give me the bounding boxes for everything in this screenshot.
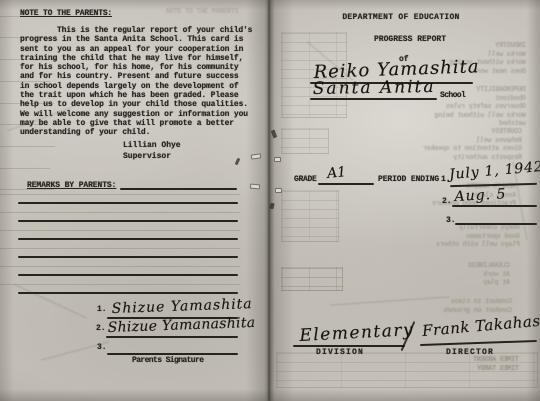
- signature-line: [107, 353, 238, 355]
- ghost-grid: [281, 190, 339, 242]
- remarks-line: [18, 274, 238, 276]
- supervisor-name: Lillian Ohye: [123, 141, 181, 150]
- staple: [275, 188, 282, 193]
- staple: [250, 183, 260, 189]
- staple: [274, 157, 281, 162]
- margin-ghost-line: [0, 168, 50, 169]
- ghost-grid: [281, 267, 343, 291]
- supervisor-title: Supervisor: [123, 152, 171, 161]
- director-label: DIRECTOR: [446, 348, 494, 357]
- school-label: School: [440, 91, 465, 100]
- grade-label: GRADE: [294, 175, 317, 184]
- division-label: DIVISION: [316, 348, 364, 357]
- remarks-ghost-line: [0, 266, 240, 267]
- ghost-text-courtesy: COURTESY Behaves well Gives attention to…: [418, 128, 522, 162]
- period-line-2: [452, 205, 537, 207]
- crease-tick: [235, 158, 241, 166]
- division-line: [293, 345, 405, 347]
- remarks-ghost-line: [0, 248, 240, 249]
- ghost-text-conduct2: Conduct in class Conduct on grounds: [420, 298, 512, 315]
- margin-ghost-line: [0, 146, 55, 147]
- report-card-scan: NOTE TO THE PARENTS: NOTE TO THE PARENTS…: [0, 0, 540, 401]
- ghost-text-cleanliness: CLEANLINESS At work At play: [430, 262, 510, 288]
- remarks-ghost-line: [0, 230, 240, 231]
- remarks-line: [18, 220, 238, 222]
- center-fold-crease: [268, 0, 270, 401]
- remarks-line: [18, 292, 238, 294]
- signature-row-number: 1.: [97, 305, 107, 314]
- remarks-line: [18, 202, 238, 204]
- signature-row-number: 2.: [96, 324, 106, 333]
- grade-line: [318, 183, 374, 185]
- note-body: This is the regular report of your child…: [20, 26, 253, 138]
- remarks-heading-line: [120, 188, 237, 190]
- period-number-2: 2.: [442, 197, 452, 206]
- ghost-grid: [281, 128, 329, 154]
- period-value-2-handwriting: Aug. 5: [454, 186, 507, 205]
- remarks-line: [18, 256, 238, 258]
- remarks-ghost-line: [0, 212, 240, 213]
- department-heading: DEPARTMENT OF EDUCATION: [340, 13, 462, 22]
- remarks-heading: REMARKS BY PARENTS:: [27, 181, 116, 190]
- remarks-ghost-line: [0, 194, 240, 195]
- school-line: [310, 98, 437, 100]
- note-heading: NOTE TO THE PARENTS:: [20, 9, 112, 18]
- remarks-ghost-line: [0, 284, 240, 285]
- ghost-text-attendance: TIMES ABSENT TIMES TARDY: [455, 356, 519, 373]
- grade-value-handwriting: A1: [326, 164, 347, 182]
- remarks-line: [18, 238, 238, 240]
- signature-line: [106, 336, 238, 338]
- note-heading-echo: NOTE TO THE PARENTS: [166, 8, 258, 17]
- report-title: PROGRESS REPORT: [374, 35, 446, 44]
- period-ending-label: PERIOD ENDING: [378, 175, 439, 184]
- parent-signature-1: Shizue Yamashita: [111, 296, 252, 317]
- signature-caption: Parents Signature: [132, 356, 203, 365]
- left-page: NOTE TO THE PARENTS: NOTE TO THE PARENTS…: [0, 0, 248, 401]
- school-name-handwriting: Santa Anita: [313, 77, 436, 99]
- ghost-text-conduct: Obeys cheerfully Good sportsman Plays we…: [408, 224, 520, 250]
